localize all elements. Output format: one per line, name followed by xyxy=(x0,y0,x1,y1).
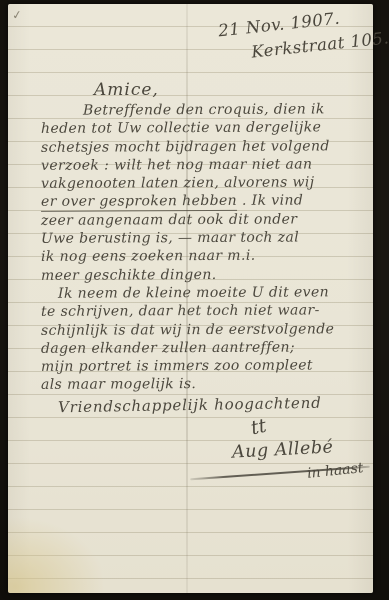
signature-name: Aug Allebé xyxy=(232,437,334,462)
letter-line: Betreffende den croquis, dien ik xyxy=(41,100,367,120)
letter-line: heden tot Uw collectie van dergelijke xyxy=(41,118,367,138)
letter-line: te schrijven, daar het toch niet waar- xyxy=(41,301,367,321)
letter-line: schijnlijk is dat wij in de eerstvolgend… xyxy=(41,320,367,340)
letter-line: schetsjes mocht bijdragen het volgend xyxy=(41,137,367,157)
letter-closing: Vriendschappelijk hoogachtend xyxy=(58,394,322,417)
letter-line: zeer aangenaam dat ook dit onder xyxy=(41,210,367,230)
letter-line-underlined: er over gesproken hebben . Ik vind xyxy=(41,192,367,212)
letter-line: Ik neem de kleine moeite U dit even xyxy=(41,283,367,303)
letter-page: ✓ 21 Nov. 1907. Kerkstraat 105.– Amice, … xyxy=(8,4,373,593)
letter-line: meer geschikte dingen. xyxy=(41,265,367,285)
archive-checkmark: ✓ xyxy=(11,7,23,22)
letter-line: Uwe berusting is, — maar toch zal xyxy=(41,228,367,248)
letter-line: ik nog eens zoeken naar m.i. xyxy=(41,247,367,267)
letter-line: mijn portret is immers zoo compleet xyxy=(41,356,367,376)
letter-body: Betreffende den croquis, dien ik heden t… xyxy=(41,101,367,394)
underlined-phrase: er over gesproken hebben xyxy=(41,193,237,212)
letter-line: als maar mogelijk is. xyxy=(41,375,367,395)
letter-line: dagen elkander zullen aantreffen; xyxy=(41,338,367,358)
scan-background: ✓ 21 Nov. 1907. Kerkstraat 105.– Amice, … xyxy=(0,0,389,600)
signature-note: in haast xyxy=(306,460,364,482)
letter-salutation: Amice, xyxy=(94,80,159,100)
letter-line: vakgenooten laten zien, alvorens wij xyxy=(41,173,367,193)
signature-initials: tt xyxy=(249,415,269,440)
letter-line: verzoek : wilt het nog maar niet aan xyxy=(41,155,367,175)
